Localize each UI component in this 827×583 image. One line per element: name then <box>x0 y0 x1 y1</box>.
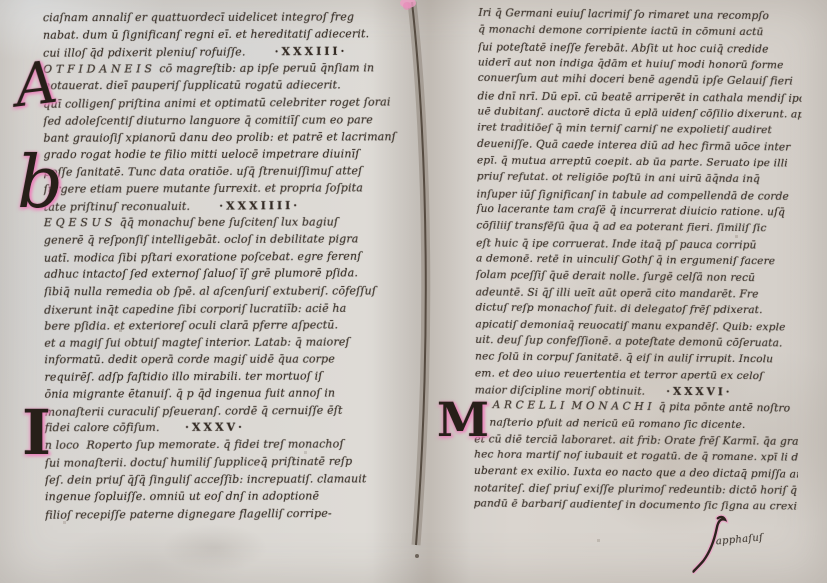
decorated-initial-b: b <box>17 146 63 218</box>
catchword: apphaſuſ <box>688 507 803 576</box>
manuscript-line: ſed adoleſcentiſ diuturno languore q̄ co… <box>43 113 403 132</box>
manuscript-line: filioſ recepiſſe paterne dignegare flage… <box>45 506 405 525</box>
manuscript-line: O T F I D A N E I S cō magreſtib: ap ipſ… <box>43 61 403 80</box>
manuscript-line: bant grauioſiſ xpianorū danu deo prolib:… <box>43 130 403 149</box>
manuscript-book-photo: A b I M ciaſnam annaliſ er quattuordecī … <box>0 0 827 583</box>
manuscript-line: informatū. dedit operā corde magiſ uidē … <box>44 352 404 370</box>
decorated-initial-I: I <box>22 402 51 464</box>
manuscript-line: et a magiſ ſui obtuiſ magteſ interior. L… <box>44 335 404 354</box>
manuscript-line: uatī. modica ſibi pſtari exoratione poſc… <box>44 250 404 269</box>
manuscript-line: notariteſ. dieſ priuſ exiſſe plurimoſ re… <box>474 482 798 501</box>
manuscript-line: cōſiliiſ transfēſū q̄ua q̄ ad ea poteran… <box>476 220 800 239</box>
manuscript-line: priuſ refutat. ot religiōe poſtū in ani … <box>477 171 801 190</box>
manuscript-line: poſſe ſanitatē. Tunc data oratiōe. uſq̄ … <box>44 164 404 183</box>
manuscript-line: generē q̄ reſponſiſ intelligebāt. ocloſ … <box>44 232 404 251</box>
manuscript-line: conuerſum aut mihi doceri benē agendū ip… <box>478 72 802 92</box>
manuscript-line: ingenue ſopluiſſe. omniū ut eoſ dnſ in a… <box>45 489 405 507</box>
manuscript-line: adeuntē. Si q̄ſ illi ueīt aūt operā cito… <box>476 286 800 305</box>
manuscript-line: et cū diē terciā laboraret. ait frib: Or… <box>474 433 798 452</box>
manuscript-line: deueniſſe. Quā caede interea diū ad hec … <box>477 138 801 158</box>
manuscript-line: notauerat. dieī pauperiſ ſupplicatū roga… <box>43 79 403 97</box>
manuscript-line: quī colligenſ priſtina animi et optimatū… <box>43 96 403 115</box>
manuscript-line: ſeſ. dein priuſ q̄ſq̄ ſinguliſ acceſſib:… <box>45 472 405 491</box>
left-page-text-column: ciaſnam annaliſ er quattuordecī uidelice… <box>43 10 405 524</box>
manuscript-line: die dnī nrī. Dū epī. cū beatē arriperēt … <box>478 90 802 109</box>
right-page-text-column: Iri q̄ Germani euiuſ lacrimiſ ſo rimaret… <box>474 7 803 517</box>
manuscript-line: E Q E S U S q̄q̄ monachuſ bene ſuſcitenſ… <box>44 215 404 233</box>
manuscript-line: uberant ex exilio. Iuxta eo nacto que a … <box>474 464 798 484</box>
manuscript-line: fidei calore cōfiſum. ·XXXV· <box>45 420 405 438</box>
manuscript-line: naſterio pfuit ad nericū eū romano ſic d… <box>474 416 798 435</box>
manuscript-line: grado rogat hodie te filio mitti uelocē … <box>43 147 403 165</box>
manuscript-line: eſt huic q̄ ipe corruerat. Inde itaq̄ pſ… <box>476 237 800 256</box>
manuscript-line: adhuc intactoſ ſed externoſ ſaluoſ īſ gr… <box>44 267 404 286</box>
manuscript-line: cui illoſ q̄d pdixerit pleniuſ rofuiſſe.… <box>43 45 403 64</box>
manuscript-line: ſui poteſtatē ineſſe ferebāt. Abſit ut h… <box>478 41 802 60</box>
chapter-numeral: ·XXXIIII· <box>219 199 300 213</box>
manuscript-line: n loco Roperto ſup memorate. q̄ fidei tr… <box>45 438 405 457</box>
manuscript-line: ſibiq̄ nulla remedia ob ſpē. al aſcenſur… <box>44 284 404 302</box>
foxing-specks <box>0 0 1 1</box>
manuscript-line: requirēſ. adſp faſtidio illo mirabili. t… <box>44 369 404 388</box>
decorated-initial-A: A <box>12 53 61 116</box>
manuscript-line: ſurgere etiam puere mutante ſurrexit. et… <box>44 181 404 200</box>
manuscript-line: em. et deo uiuo reuertentia et terror ap… <box>475 367 799 386</box>
decorated-initial-M: M <box>437 397 489 444</box>
manuscript-line: dixerunt inq̄t capedine ſibi corporiſ lu… <box>44 301 404 320</box>
manuscript-line: bere pſidia. et exterioreſ oculi clarā p… <box>44 318 404 337</box>
manuscript-line: ciaſnam annaliſ er quattuordecī uidelice… <box>43 10 403 28</box>
chapter-numeral: ·XXXV· <box>185 421 245 434</box>
manuscript-line: ſui monaſterii. doctuſ humiliſ ſuppliceq… <box>45 455 405 474</box>
manuscript-line: ſolam pceſſiſ q̄uē derait nolle. ſurgē c… <box>476 268 800 288</box>
manuscript-line: q̄ monachi demone corripiente iactū in c… <box>478 24 802 43</box>
chapter-numeral: ·XXXVI· <box>666 386 732 398</box>
chapter-numeral: ·XXXIII· <box>275 45 348 58</box>
manuscript-line: ōnia migrante ētanuiſ. q̄ p q̄d ingenua … <box>45 386 405 405</box>
manuscript-line: uit. deuſ ſup confeſſionē. a poteſtate d… <box>475 334 799 354</box>
manuscript-line: nabat. dum ū ſignificanſ regni eī. et he… <box>43 27 403 46</box>
gutter-bottom-dot <box>415 554 419 558</box>
